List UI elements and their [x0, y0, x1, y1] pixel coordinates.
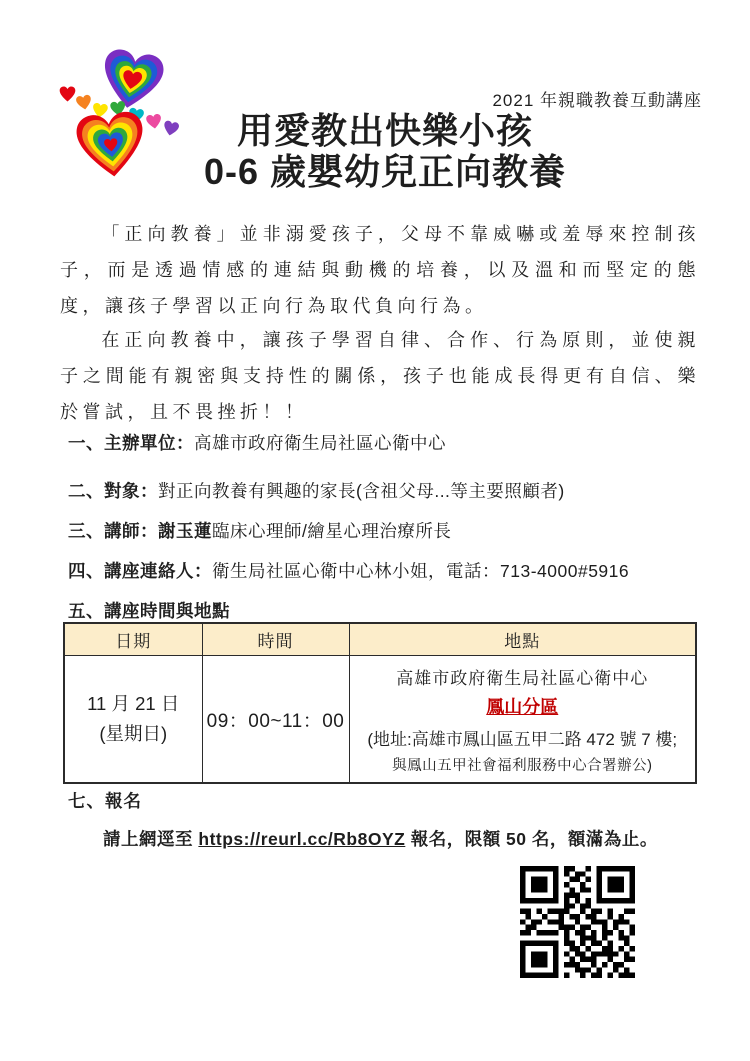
item-contact: 四、講座連絡人：衛生局社區心衛中心林小姐，電話：713-4000#5916	[68, 558, 708, 583]
intro-paragraph-2: 在正向教養中，讓孩子學習自律、合作、行為原則，並使親子之間能有親密與支持性的關係…	[60, 322, 700, 430]
signup-heading: 七、報名	[68, 788, 142, 813]
date-cell: 11 月 21 日 (星期日)	[64, 656, 202, 784]
date-line-2: (星期日)	[65, 719, 202, 749]
item-schedule-label: 五、講座時間與地點	[68, 601, 230, 621]
flyer-page: 2021 年親職教養互動講座 用愛教出快樂小孩 0-6 歲嬰幼兒正向教養 「正向…	[0, 0, 750, 1061]
item-audience-label: 二、對象：	[68, 481, 158, 501]
small-heart-icon	[75, 94, 93, 112]
item-organizer-label: 一、主辦單位：	[68, 433, 194, 453]
item-organizer: 一、主辦單位：高雄市政府衛生局社區心衛中心	[68, 430, 708, 455]
signup-suffix: 報名，限額 50 名，額滿為止。	[405, 829, 658, 849]
item-lecturer-label: 三、講師：謝玉蓮	[68, 521, 212, 541]
item-schedule-heading: 五、講座時間與地點	[68, 598, 708, 623]
header-location: 地點	[349, 623, 696, 656]
small-heart-icon	[59, 86, 76, 102]
intro-paragraph-1: 「正向教養」並非溺愛孩子，父母不靠威嚇或羞辱來控制孩子，而是透過情感的連結與動機…	[60, 216, 700, 324]
item-lecturer: 三、講師：謝玉蓮臨床心理師/繪星心理治療所長	[68, 518, 708, 543]
date-line-1: 11 月 21 日	[65, 689, 202, 719]
table-header-row: 日期 時間 地點	[64, 623, 696, 656]
item-audience: 二、對象：對正向教養有興趣的家長(含祖父母...等主要照顧者)	[68, 478, 708, 503]
item-audience-text: 對正向教養有興趣的家長(含祖父母...等主要照顧者)	[158, 481, 565, 501]
location-center-name: 高雄市政府衛生局社區心衛中心	[352, 664, 694, 689]
location-address-note: 與鳳山五甲社會福利服務中心合署辦公)	[352, 754, 694, 775]
header-time: 時間	[202, 623, 349, 656]
event-label: 2021 年親職教養互動講座	[492, 86, 702, 111]
schedule-table: 日期 時間 地點 11 月 21 日 (星期日) 09：00~11：00 高雄市…	[63, 622, 697, 784]
signup-url-link[interactable]: https://reurl.cc/Rb8OYZ	[198, 829, 405, 849]
signup-instruction: 請上網逕至 https://reurl.cc/Rb8OYZ 報名，限額 50 名…	[103, 826, 703, 851]
location-address: (地址:高雄市鳳山區五甲二路 472 號 7 樓;	[352, 725, 694, 750]
signup-prefix: 請上網逕至	[103, 829, 198, 849]
title-line-1: 用愛教出快樂小孩	[20, 110, 750, 151]
item-organizer-text: 高雄市政府衛生局社區心衛中心	[194, 433, 446, 453]
time-cell: 09：00~11：00	[202, 656, 349, 784]
qr-code	[520, 866, 635, 978]
table-row: 11 月 21 日 (星期日) 09：00~11：00 高雄市政府衛生局社區心衛…	[64, 656, 696, 784]
location-cell: 高雄市政府衛生局社區心衛中心 鳳山分區 (地址:高雄市鳳山區五甲二路 472 號…	[349, 656, 696, 784]
page-title: 用愛教出快樂小孩 0-6 歲嬰幼兒正向教養	[20, 110, 750, 192]
item-lecturer-text: 臨床心理師/繪星心理治療所長	[212, 521, 451, 541]
item-contact-text: 衛生局社區心衛中心林小姐，電話：713-4000#5916	[212, 561, 629, 581]
item-contact-label: 四、講座連絡人：	[68, 561, 212, 581]
header-date: 日期	[64, 623, 202, 656]
title-line-2: 0-6 歲嬰幼兒正向教養	[20, 151, 750, 192]
location-branch-name: 鳳山分區	[352, 693, 694, 719]
